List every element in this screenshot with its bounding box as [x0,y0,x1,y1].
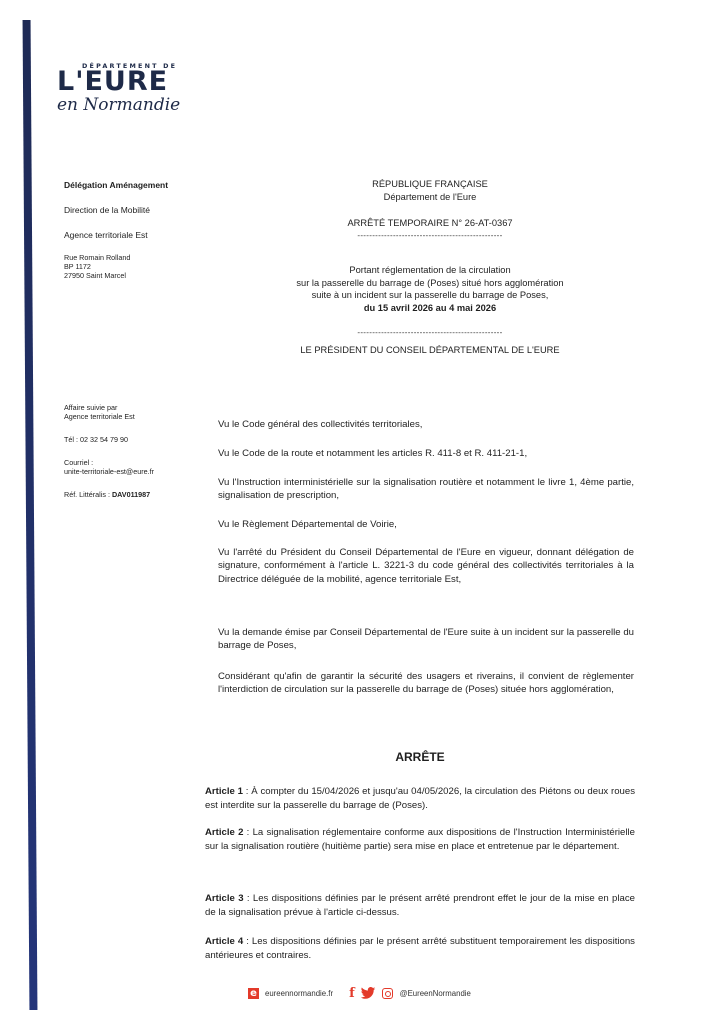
website-link[interactable]: eureennormandie.fr [265,989,333,998]
sender-block: Délégation Aménagement Direction de la M… [64,180,168,280]
page-side-bar [23,20,38,1010]
article: Article 4 : Les dispositions définies pa… [205,935,635,962]
email-label: Courriel : [64,458,154,467]
consideration: Considérant qu'afin de garantir la sécur… [218,670,634,697]
facebook-icon[interactable]: f [349,986,355,1001]
consideration: Vu le Code général des collectivités ter… [218,418,634,431]
article-text: : La signalisation réglementaire conform… [205,827,635,852]
phone: Tél : 02 32 54 79 90 [64,435,154,444]
consideration: Vu l'arrêté du Président du Conseil Dépa… [218,546,634,586]
article-label: Article 4 [205,936,243,947]
department-title: Département de l'Eure [220,191,640,204]
footer: e eureennormandie.fr f @EureenNormandie [248,985,471,1001]
logo-sub-text: en Normandie [57,95,197,115]
period: du 15 avril 2026 au 4 mai 2026 [220,302,640,315]
sender-address-line: BP 1172 [64,262,168,271]
sender-address-line: 27950 Saint Marcel [64,271,168,280]
logo-main-text: L'EURE [57,70,168,94]
article: Article 2 : La signalisation réglementai… [205,826,635,853]
separator: ----------------------------------------… [220,230,640,243]
social-handle[interactable]: @EureenNormandie [400,989,471,998]
decree-title: ARRÊTE [200,750,640,764]
subject-line: sur la passerelle du barrage de (Poses) … [220,277,640,290]
consideration: Vu la demande émise par Conseil Départem… [218,626,634,653]
sender-delegation: Délégation Aménagement [64,180,168,191]
subject-line: suite à un incident sur la passerelle du… [220,289,640,302]
consideration: Vu le Code de la route et notamment les … [218,447,634,460]
republic-title: RÉPUBLIQUE FRANÇAISE [220,178,640,191]
authority: LE PRÉSIDENT DU CONSEIL DÉPARTEMENTAL DE… [220,344,640,357]
article: Article 1 : À compter du 15/04/2026 et j… [205,785,635,812]
reference-value: DAV011987 [112,490,150,499]
consideration: Vu le Règlement Départemental de Voirie, [218,518,634,531]
contact-block: Affaire suivie par Agence territoriale E… [64,403,154,499]
article-text: : À compter du 15/04/2026 et jusqu'au 04… [205,786,635,811]
article-label: Article 3 [205,893,244,904]
article: Article 3 : Les dispositions définies pa… [205,892,635,919]
reference: Réf. Littéralis : DAV011987 [64,490,154,499]
consideration: Vu l'Instruction interministérielle sur … [218,476,634,503]
article-label: Article 2 [205,827,243,838]
sender-direction: Direction de la Mobilité [64,205,168,216]
sender-agency: Agence territoriale Est [64,230,168,241]
instagram-icon[interactable] [382,988,393,999]
eure-logo: DÉPARTEMENT DE L'EURE en Normandie [57,62,197,115]
email-link[interactable]: unite-territoriale-est@eure.fr [64,467,154,476]
eure-e-icon: e [248,988,259,999]
reference-label: Réf. Littéralis : [64,490,112,499]
subject-line: Portant réglementation de la circulation [220,264,640,277]
document-header: RÉPUBLIQUE FRANÇAISE Département de l'Eu… [220,178,640,356]
separator: ----------------------------------------… [220,327,640,340]
twitter-icon[interactable] [360,987,376,999]
article-label: Article 1 [205,786,243,797]
order-number: ARRÊTÉ TEMPORAIRE N° 26-AT-0367 [220,217,640,230]
followed-by-label: Affaire suivie par [64,403,154,412]
followed-by-value: Agence territoriale Est [64,412,154,421]
sender-address-line: Rue Romain Rolland [64,253,168,262]
article-text: : Les dispositions définies par le prése… [205,893,635,918]
article-text: : Les dispositions définies par le prése… [205,936,635,961]
